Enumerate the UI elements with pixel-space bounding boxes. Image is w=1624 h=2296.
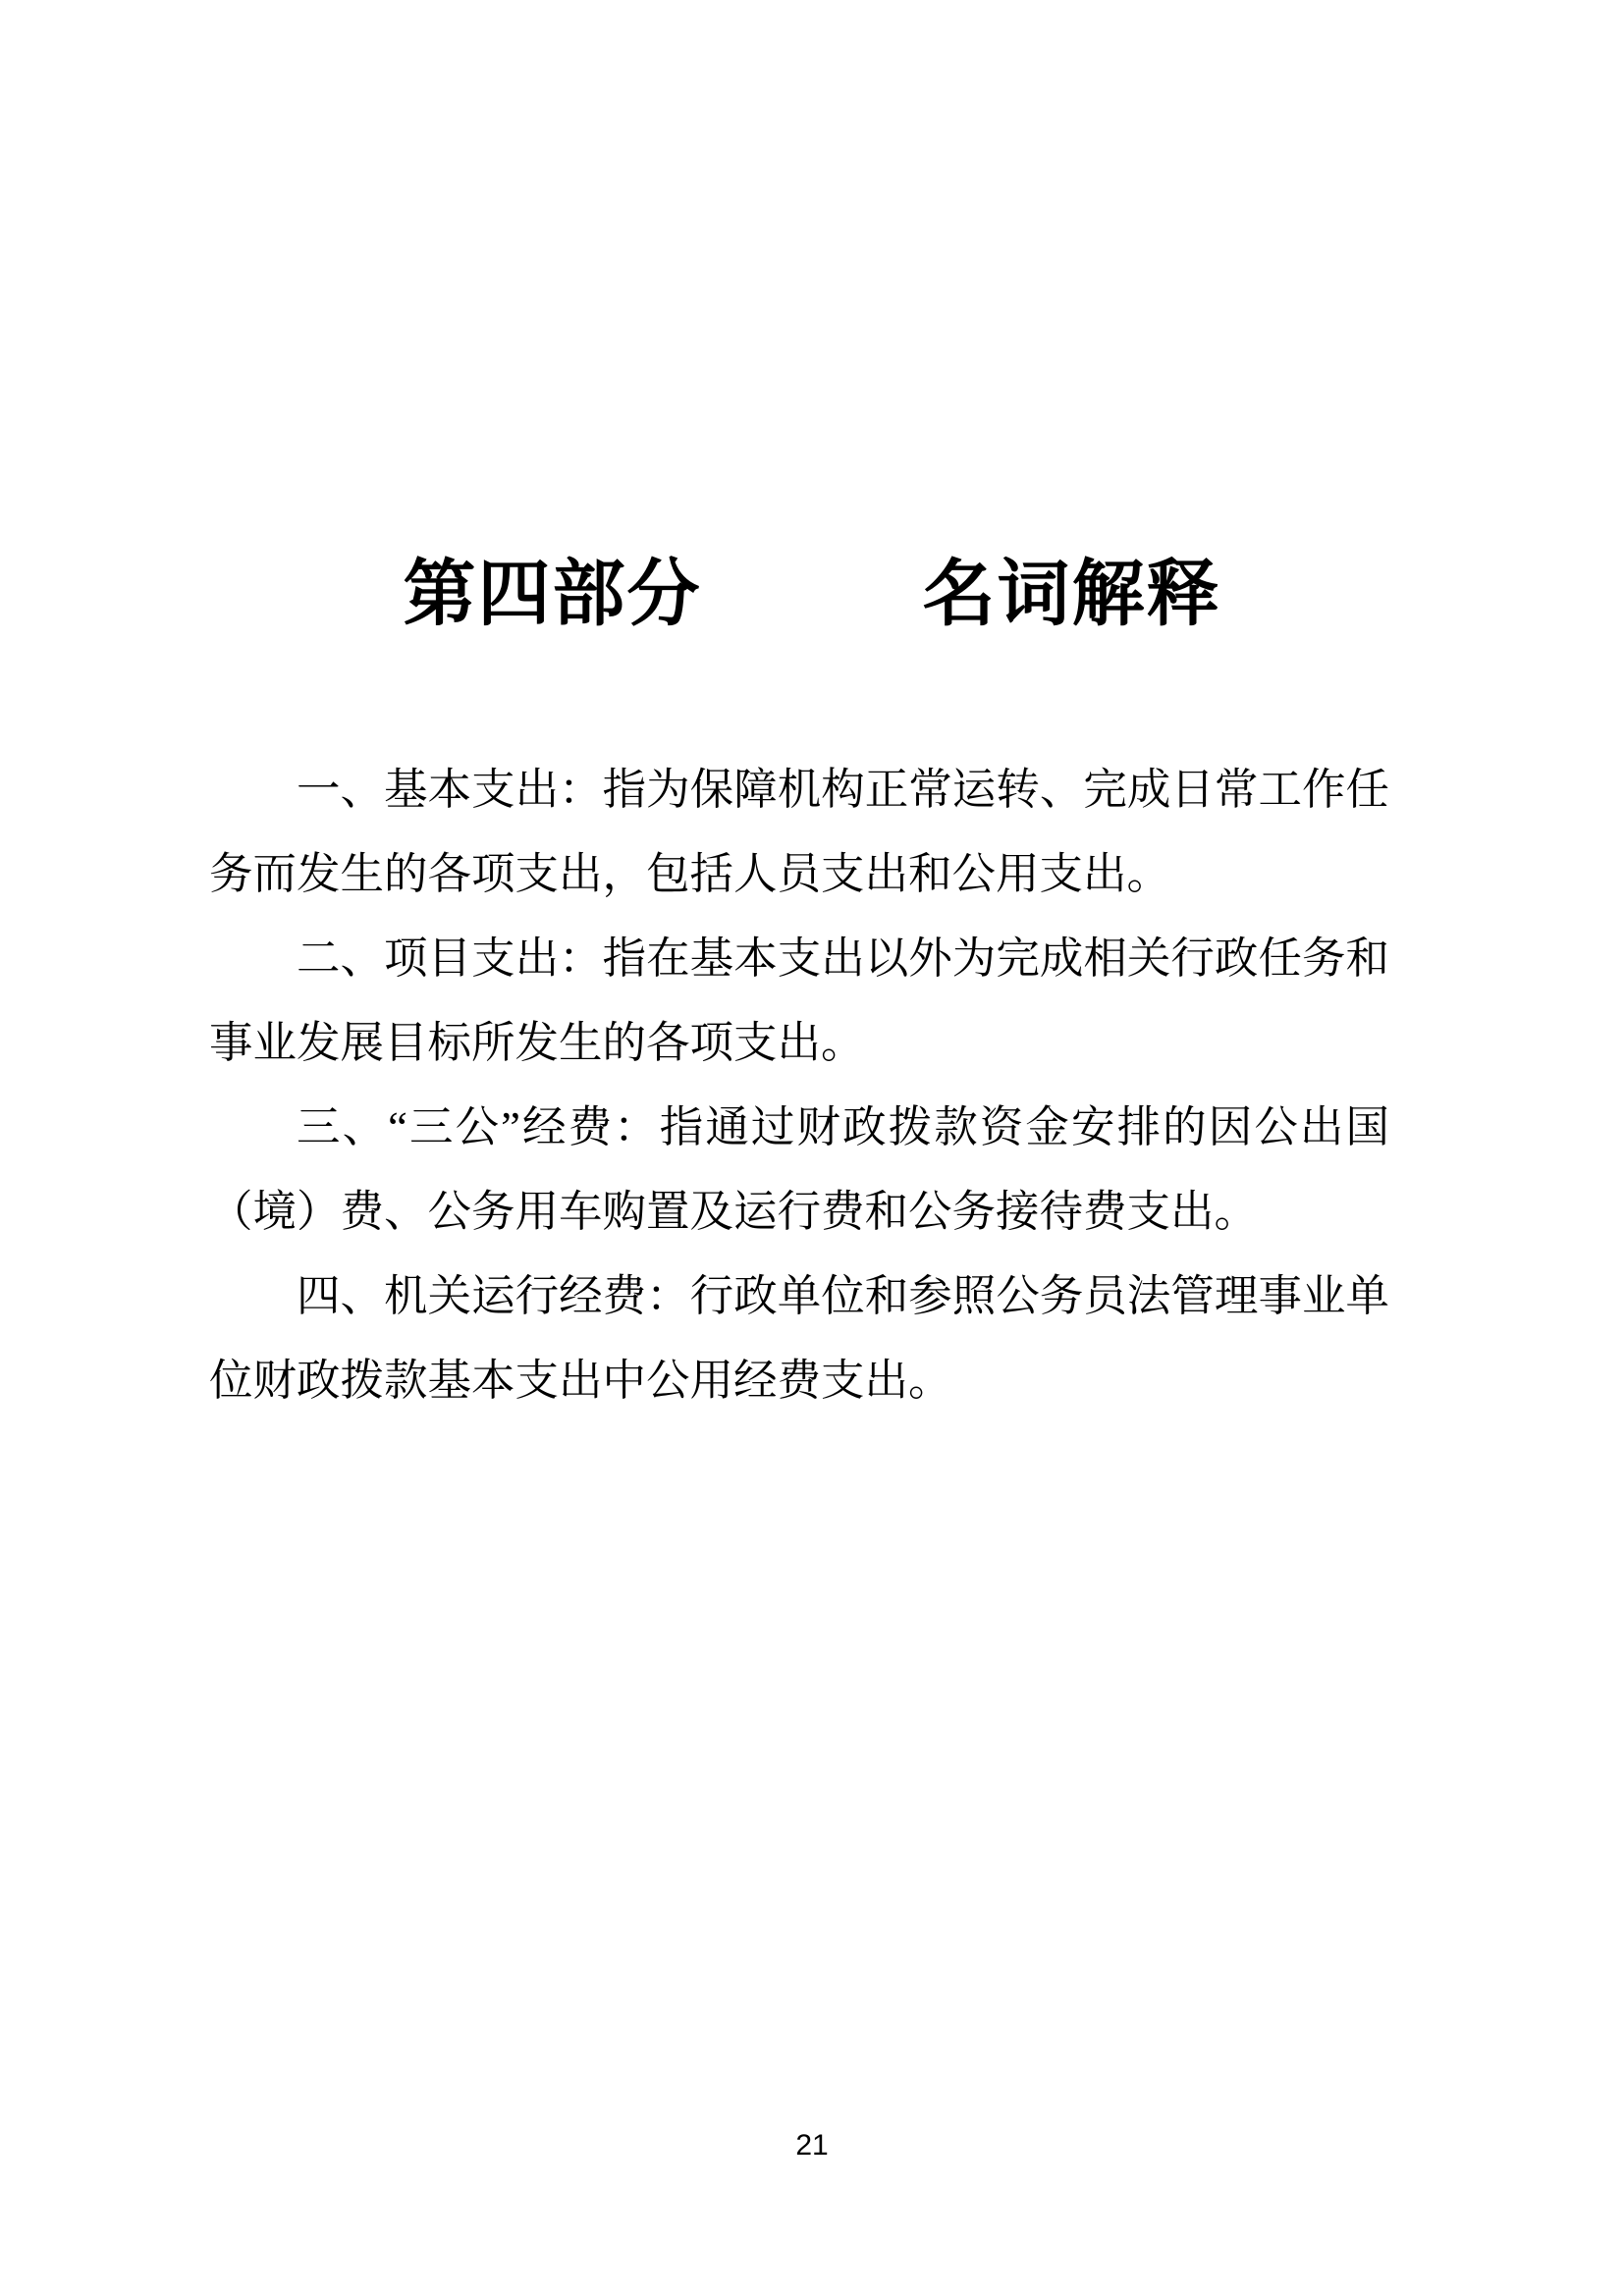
paragraph-line: 务而发生的各项支出，包括人员支出和公用支出。 [209,831,1389,916]
paragraph-line: 一、基本支出：指为保障机构正常运转、完成日常工作任 [209,747,1389,831]
paragraph-project-expenditure: 二、项目支出：指在基本支出以外为完成相关行政任务和 事业发展目标所发生的各项支出… [209,916,1389,1085]
paragraph-line: 事业发展目标所发生的各项支出。 [209,1000,1389,1085]
document-page: 第四部分名词解释 一、基本支出：指为保障机构正常运转、完成日常工作任 务而发生的… [0,0,1624,2296]
paragraph-line: （境）费、公务用车购置及运行费和公务接待费支出。 [209,1169,1389,1254]
paragraph-agency-operating-funds: 四、机关运行经费：行政单位和参照公务员法管理事业单 位财政拨款基本支出中公用经费… [209,1254,1389,1422]
paragraph-basic-expenditure: 一、基本支出：指为保障机构正常运转、完成日常工作任 务而发生的各项支出，包括人员… [209,747,1389,916]
page-number: 21 [0,2128,1624,2163]
paragraph-line: 三、“三公”经费：指通过财政拨款资金安排的因公出国 [209,1085,1389,1169]
paragraph-three-public-funds: 三、“三公”经费：指通过财政拨款资金安排的因公出国 （境）费、公务用车购置及运行… [209,1085,1389,1254]
paragraph-line: 位财政拨款基本支出中公用经费支出。 [209,1338,1389,1422]
page-title: 第四部分名词解释 [0,546,1624,644]
body-text: 一、基本支出：指为保障机构正常运转、完成日常工作任 务而发生的各项支出，包括人员… [209,747,1389,1422]
page-title-part-2: 名词解释 [923,555,1221,635]
paragraph-line: 四、机关运行经费：行政单位和参照公务员法管理事业单 [209,1254,1389,1338]
page-title-part-1: 第四部分 [404,555,702,635]
paragraph-line: 二、项目支出：指在基本支出以外为完成相关行政任务和 [209,916,1389,1000]
